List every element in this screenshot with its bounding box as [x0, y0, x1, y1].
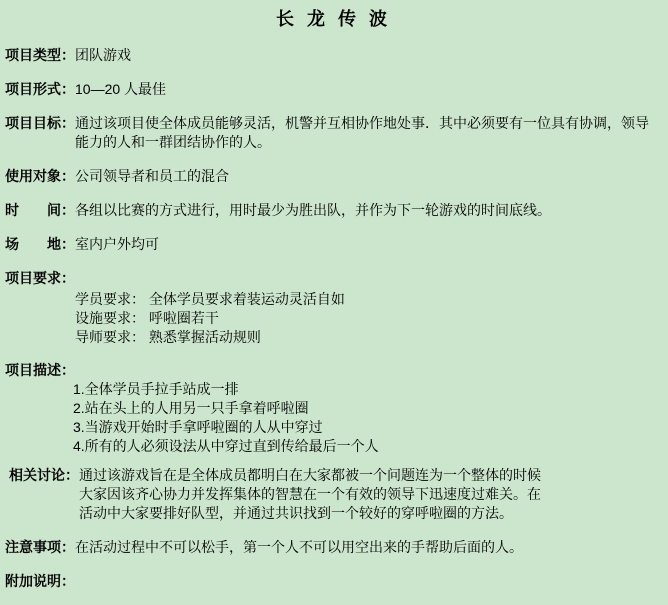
description-step: 2.站在头上的人用另一只手拿着呼啦圈: [73, 399, 662, 418]
field-project-type: 项目类型： 团队游戏: [5, 46, 662, 65]
requirements-list: 学员要求： 全体学员要求着装运动灵活自如 设施要求： 呼啦圈若干 导师要求： 熟…: [5, 290, 662, 347]
requirement-item: 导师要求： 熟悉掌握活动规则: [75, 328, 662, 347]
extra-value: [75, 572, 662, 591]
project-type-label: 项目类型：: [5, 46, 75, 65]
project-format-label: 项目形式：: [5, 80, 75, 99]
field-notes: 注意事项： 在活动过程中不可以松手，第一个人不可以用空出来的手帮助后面的人。: [5, 538, 662, 557]
project-goal-label: 项目目标：: [5, 114, 75, 152]
field-extra: 附加说明：: [5, 572, 662, 591]
field-project-format: 项目形式： 10—20 人最佳: [5, 80, 662, 99]
field-audience: 使用对象： 公司领导者和员工的混合: [5, 167, 662, 186]
description-list: 1.全体学员手拉手站成一排 2.站在头上的人用另一只手拿着呼啦圈 3.当游戏开始…: [5, 380, 662, 456]
field-project-goal: 项目目标： 通过该项目使全体成员能够灵活，机警并互相协作地处事．其中必须要有一位…: [5, 114, 662, 152]
description-label: 项目描述：: [5, 361, 662, 380]
field-venue: 场 地： 室内户外均可: [5, 235, 662, 254]
discussion-line: 大家因该齐心协力并发挥集体的智慧在一个有效的领导下迅速度过难关。在: [79, 485, 662, 504]
audience-value: 公司领导者和员工的混合: [75, 167, 662, 186]
discussion-value: 通过该游戏旨在是全体成员都明白在大家都被一个问题连为一个整体的时候 大家因该齐心…: [79, 466, 662, 523]
description-step: 1.全体学员手拉手站成一排: [73, 380, 662, 399]
project-goal-line: 通过该项目使全体成员能够灵活，机警并互相协作地处事．其中必须要有一位具有协调，领…: [75, 114, 662, 133]
discussion-line: 活动中大家要排好队型，并通过共识找到一个较好的穿呼啦圈的方法。: [79, 504, 662, 523]
notes-value: 在活动过程中不可以松手，第一个人不可以用空出来的手帮助后面的人。: [75, 538, 662, 557]
description-step: 3.当游戏开始时手拿呼啦圈的人从中穿过: [73, 418, 662, 437]
field-discussion: 相关讨论： 通过该游戏旨在是全体成员都明白在大家都被一个问题连为一个整体的时候 …: [5, 466, 662, 523]
time-label: 时 间：: [5, 201, 75, 220]
notes-label: 注意事项：: [5, 538, 75, 557]
document-page: 长 龙 传 波 项目类型： 团队游戏 项目形式： 10—20 人最佳 项目目标：…: [0, 0, 668, 605]
field-time: 时 间： 各组以比赛的方式进行，用时最少为胜出队，并作为下一轮游戏的时间底线。: [5, 201, 662, 220]
requirement-item: 学员要求： 全体学员要求着装运动灵活自如: [75, 290, 662, 309]
project-format-value: 10—20 人最佳: [75, 80, 662, 99]
page-title: 长 龙 传 波: [5, 8, 662, 30]
section-description: 项目描述： 1.全体学员手拉手站成一排 2.站在头上的人用另一只手拿着呼啦圈 3…: [5, 361, 662, 456]
venue-value: 室内户外均可: [75, 235, 662, 254]
project-goal-line: 能力的人和一群团结协作的人。: [75, 133, 662, 152]
discussion-label: 相关讨论：: [9, 466, 79, 523]
project-goal-value: 通过该项目使全体成员能够灵活，机警并互相协作地处事．其中必须要有一位具有协调，领…: [75, 114, 662, 152]
time-value: 各组以比赛的方式进行，用时最少为胜出队，并作为下一轮游戏的时间底线。: [75, 201, 662, 220]
project-type-value: 团队游戏: [75, 46, 662, 65]
description-step: 4.所有的人必须设法从中穿过直到传给最后一个人: [73, 437, 662, 456]
requirements-label: 项目要求：: [5, 269, 662, 288]
section-requirements: 项目要求： 学员要求： 全体学员要求着装运动灵活自如 设施要求： 呼啦圈若干 导…: [5, 269, 662, 347]
requirement-item: 设施要求： 呼啦圈若干: [75, 309, 662, 328]
audience-label: 使用对象：: [5, 167, 75, 186]
venue-label: 场 地：: [5, 235, 75, 254]
extra-label: 附加说明：: [5, 572, 75, 591]
discussion-line: 通过该游戏旨在是全体成员都明白在大家都被一个问题连为一个整体的时候: [79, 466, 662, 485]
